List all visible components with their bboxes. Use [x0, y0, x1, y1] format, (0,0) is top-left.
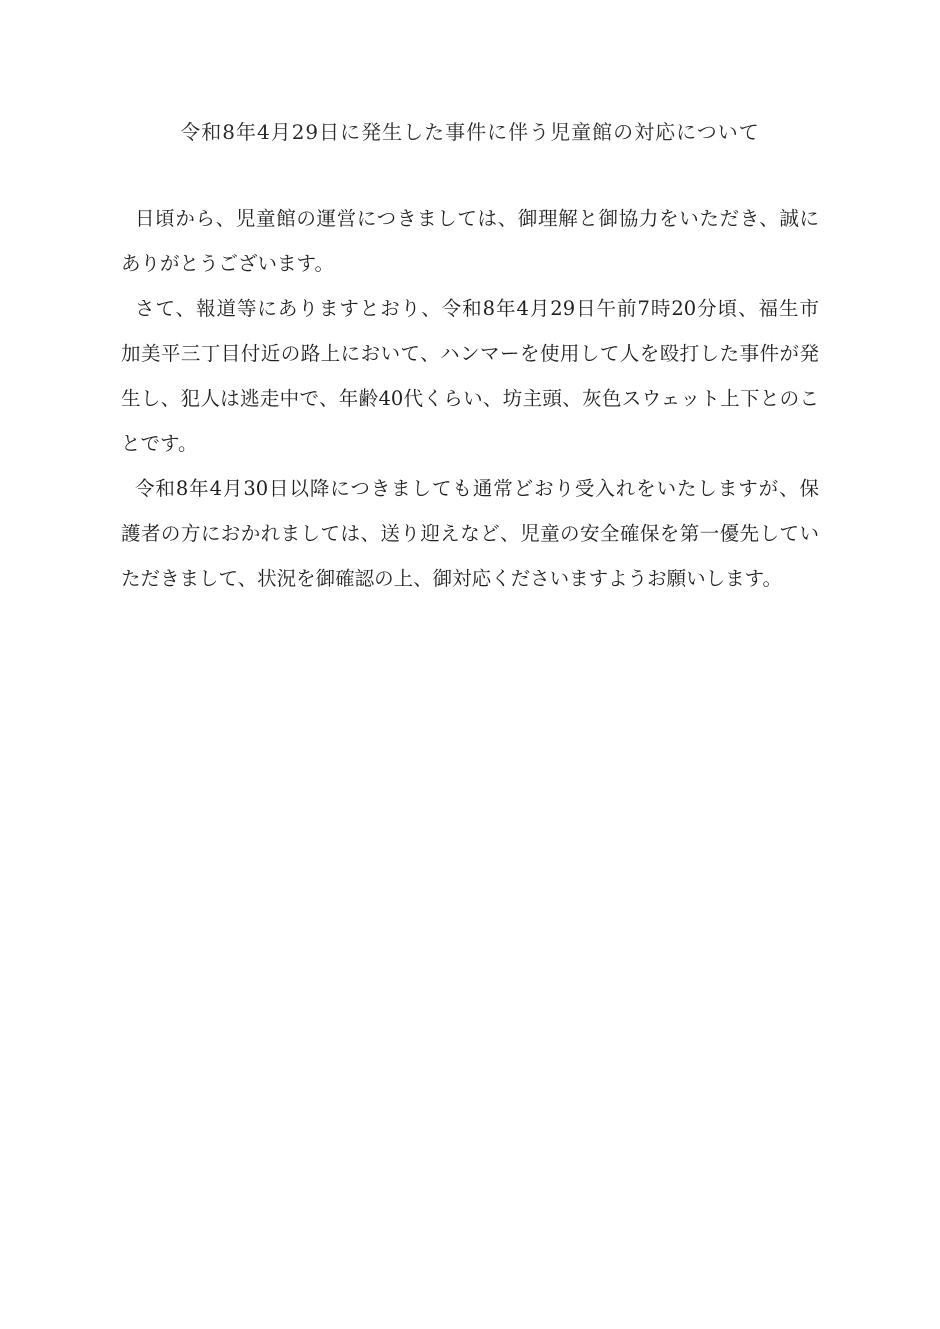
- document-page: 令和8年4月29日に発生した事件に伴う児童館の対応について 日頃から、児童館の運…: [0, 0, 940, 1329]
- paragraph-greeting-line-2: ありがとうございます。: [121, 241, 819, 286]
- paragraph-safety-request: 令和8年4月30日以降につきましても通常どおり受入れをいたしますが、保 護者の方…: [121, 466, 819, 601]
- paragraph-safety-request-line-3: ただきまして、状況を御確認の上、御対応くださいますようお願いします。: [121, 556, 819, 601]
- paragraph-safety-request-line-1: 令和8年4月30日以降につきましても通常どおり受入れをいたしますが、保: [121, 466, 819, 511]
- paragraph-safety-request-line-2: 護者の方におかれましては、送り迎えなど、児童の安全確保を第一優先してい: [121, 511, 819, 556]
- paragraph-greeting: 日頃から、児童館の運営につきましては、御理解と御協力をいただき、誠に ありがとう…: [121, 196, 819, 286]
- paragraph-incident-report-line-4: とです。: [121, 421, 819, 466]
- document-title: 令和8年4月29日に発生した事件に伴う児童館の対応について: [0, 112, 940, 152]
- document-body: 日頃から、児童館の運営につきましては、御理解と御協力をいただき、誠に ありがとう…: [121, 196, 819, 601]
- paragraph-incident-report-line-2: 加美平三丁目付近の路上において、ハンマーを使用して人を殴打した事件が発: [121, 331, 819, 376]
- paragraph-incident-report: さて、報道等にありますとおり、令和8年4月29日午前7時20分頃、福生市 加美平…: [121, 286, 819, 466]
- paragraph-incident-report-line-3: 生し、犯人は逃走中で、年齢40代くらい、坊主頭、灰色スウェット上下とのこ: [121, 376, 819, 421]
- paragraph-greeting-line-1: 日頃から、児童館の運営につきましては、御理解と御協力をいただき、誠に: [121, 196, 819, 241]
- paragraph-incident-report-line-1: さて、報道等にありますとおり、令和8年4月29日午前7時20分頃、福生市: [121, 286, 819, 331]
